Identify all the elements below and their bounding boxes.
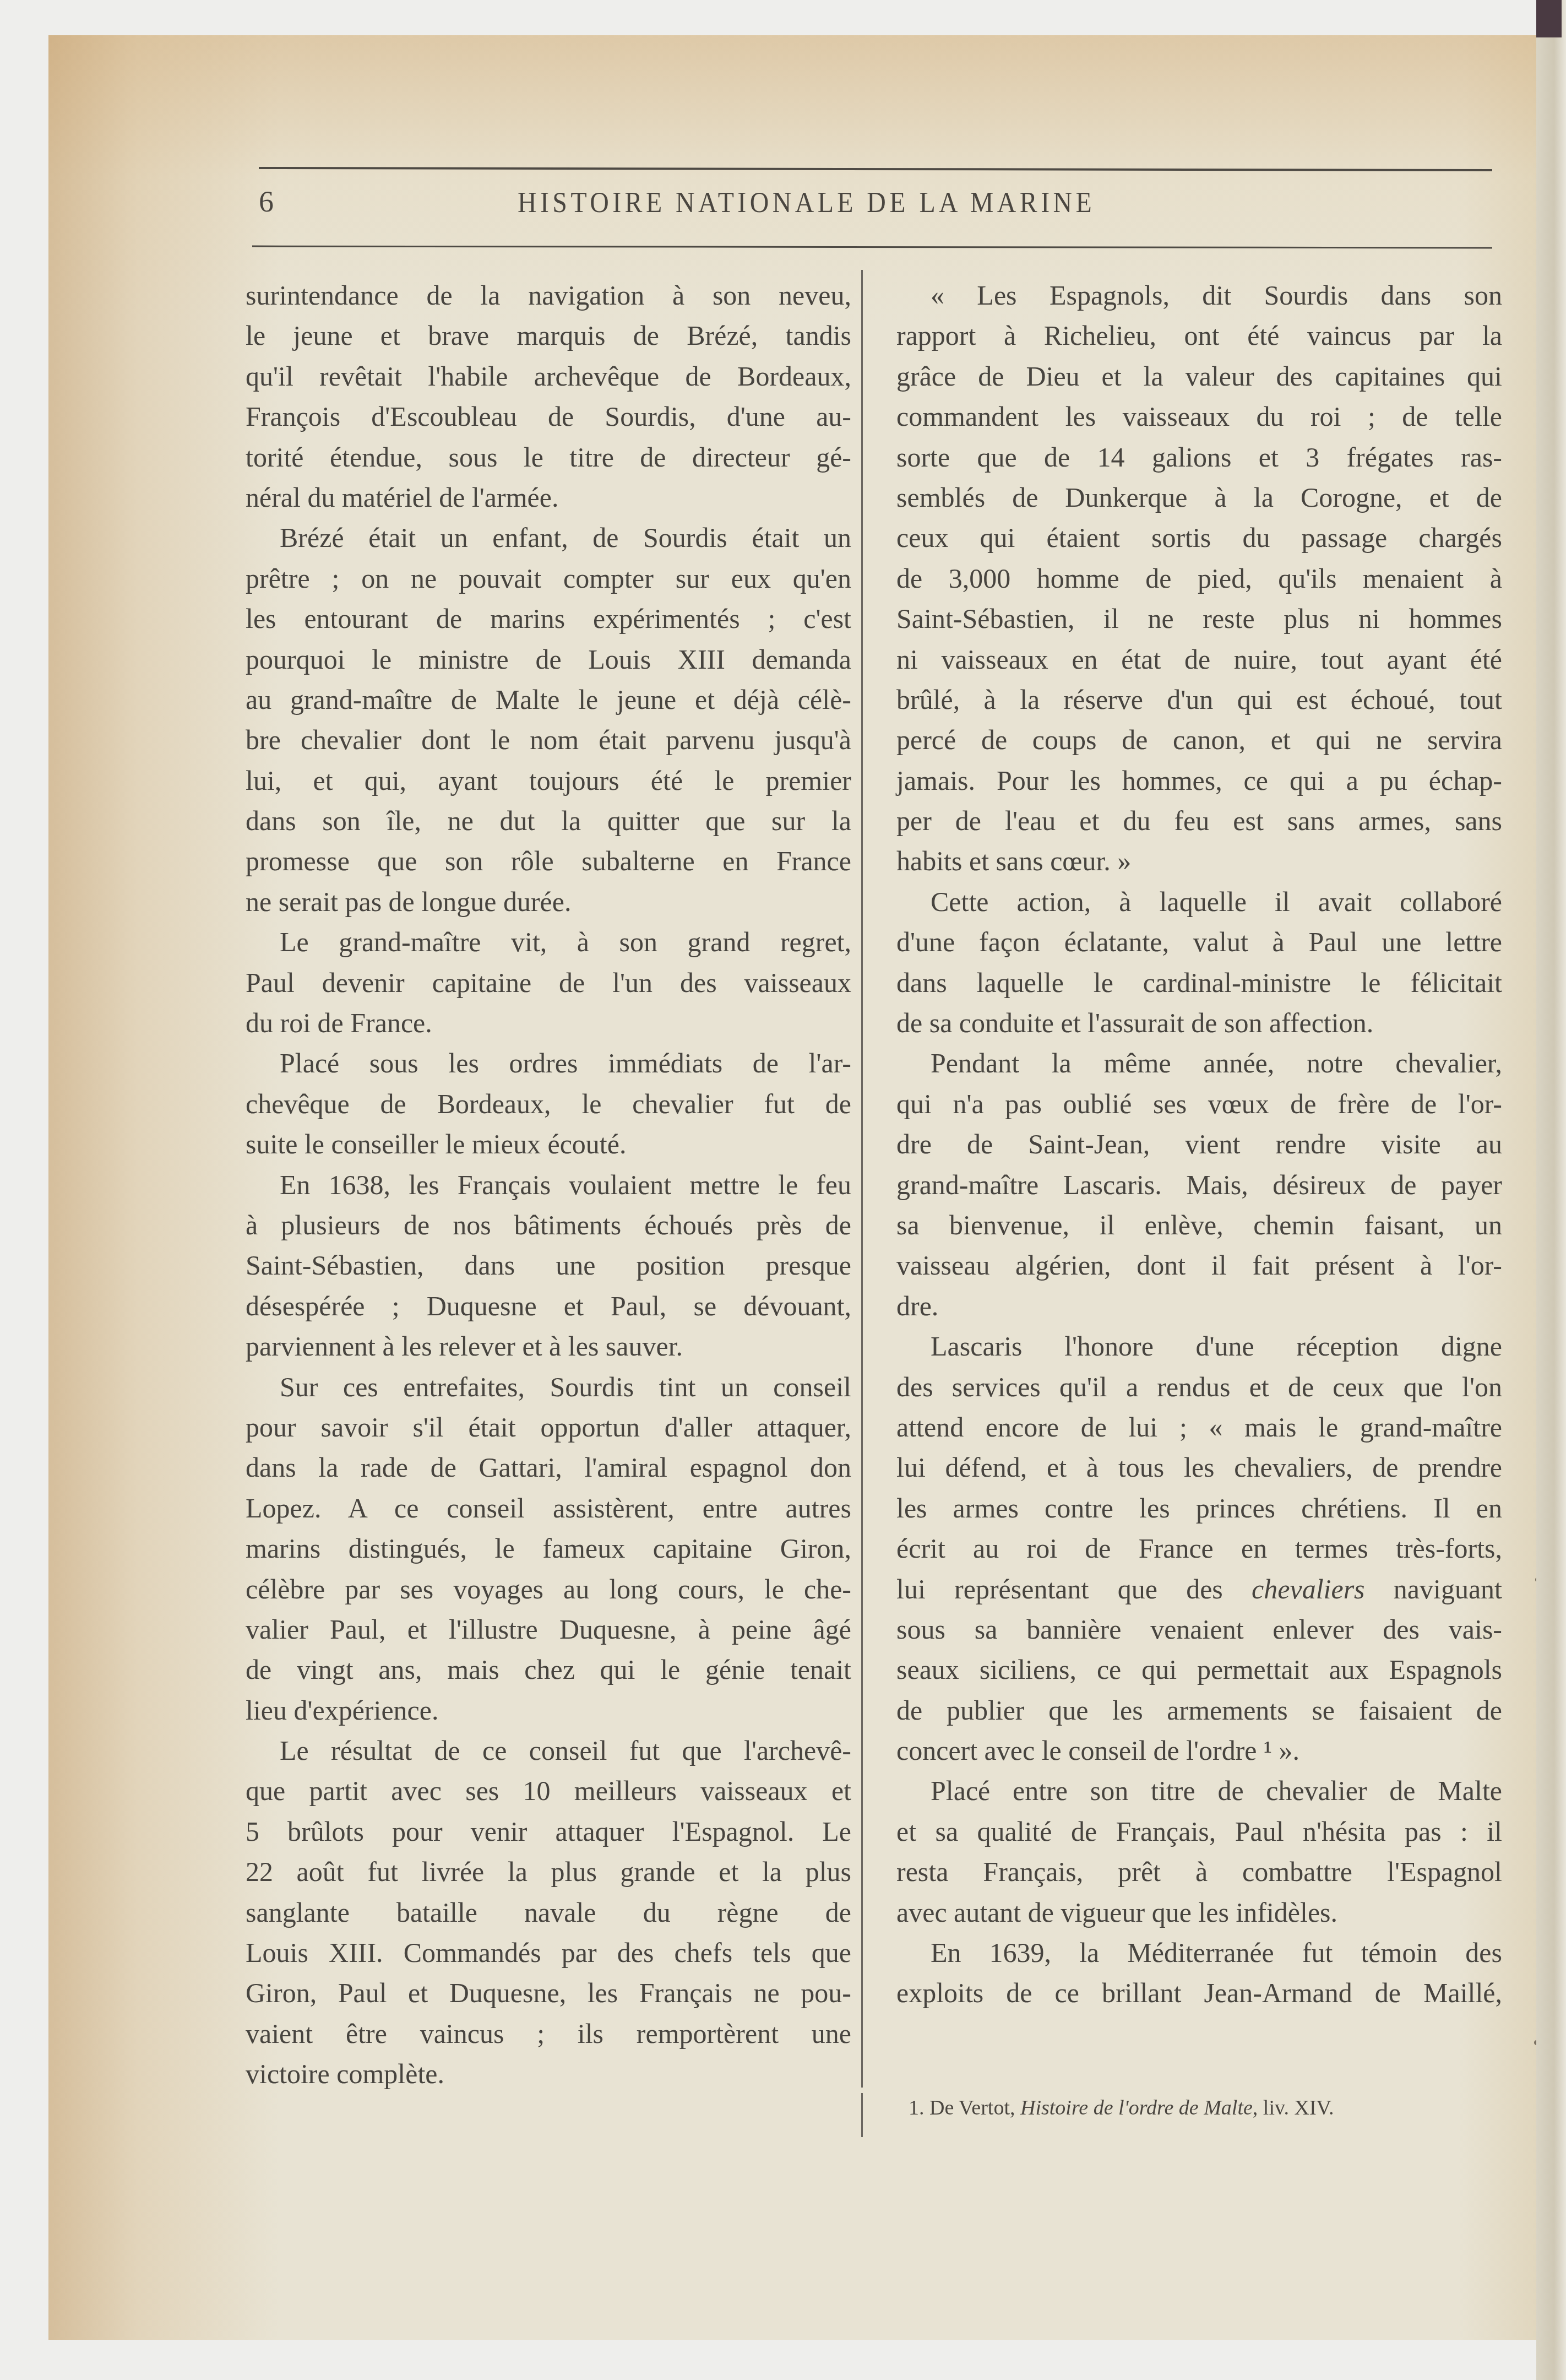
- text-line: « Les Espagnols, dit Sourdis dans son: [896, 275, 1502, 316]
- text-line: Saint-Sébastien, dans une position presq…: [246, 1245, 851, 1286]
- text-line: qu'il revêtait l'habile archevêque de Bo…: [246, 356, 851, 397]
- footnote: 1. De Vertot, Histoire de l'ordre de Mal…: [909, 2096, 1334, 2120]
- text-line: marins distingués, le fameux capitaine G…: [246, 1528, 851, 1569]
- text-line: et sa qualité de Français, Paul n'hésita…: [896, 1812, 1502, 1852]
- text-line: suite le conseiller le mieux écouté.: [246, 1124, 851, 1164]
- italic-word: chevaliers: [1252, 1574, 1364, 1604]
- text-line: parviennent à les relever et à les sauve…: [246, 1326, 851, 1367]
- left-text-column: surintendance de la navigation à son nev…: [246, 275, 851, 2095]
- column-divider-footnote: [861, 2093, 863, 2137]
- text-line: rapport à Richelieu, ont été vaincus par…: [896, 316, 1502, 356]
- footnote-reference: , liv. XIV.: [1253, 2096, 1334, 2119]
- text-line: dans la rade de Gattari, l'amiral espagn…: [246, 1447, 851, 1488]
- text-line: le jeune et brave marquis de Brézé, tand…: [246, 316, 851, 356]
- page-number: 6: [259, 185, 274, 219]
- text-line: bre chevalier dont le nom était parvenu …: [246, 720, 851, 760]
- text-line: Brézé était un enfant, de Sourdis était …: [246, 518, 851, 558]
- text-line: Sur ces entrefaites, Sourdis tint un con…: [246, 1367, 851, 1407]
- text-line: sa bienvenue, il enlève, chemin faisant,…: [896, 1205, 1502, 1245]
- text-line: au grand-maître de Malte le jeune et déj…: [246, 680, 851, 720]
- text-line: grand-maître Lascaris. Mais, désireux de…: [896, 1165, 1502, 1205]
- text-line: resta Français, prêt à combattre l'Espag…: [896, 1852, 1502, 1892]
- text-line: d'une façon éclatante, valut à Paul une …: [896, 922, 1502, 962]
- book-spine-edge: [1536, 0, 1566, 2380]
- right-text-column: « Les Espagnols, dit Sourdis dans sonrap…: [896, 275, 1502, 2014]
- text-line: ni vaisseaux en état de nuire, tout ayan…: [896, 639, 1502, 680]
- text-line: Paul devenir capitaine de l'un des vaiss…: [246, 963, 851, 1003]
- text-line: sanglante bataille navale du règne de: [246, 1893, 851, 1933]
- text-line: dans laquelle le cardinal-ministre le fé…: [896, 963, 1502, 1003]
- text-line: écrit au roi de France en termes très-fo…: [896, 1528, 1502, 1569]
- text-line: sorte que de 14 galions et 3 frégates ra…: [896, 437, 1502, 478]
- text-line: En 1638, les Français voulaient mettre l…: [246, 1165, 851, 1205]
- text-line: 5 brûlots pour venir attaquer l'Espagnol…: [246, 1812, 851, 1852]
- text-line: ne serait pas de longue durée.: [246, 882, 851, 922]
- text-line: Pendant la même année, notre chevalier,: [896, 1043, 1502, 1083]
- text-line: Lascaris l'honore d'une réception digne: [896, 1326, 1502, 1367]
- text-line: lui, et qui, ayant toujours été le premi…: [246, 761, 851, 801]
- text-line: dre.: [896, 1286, 1502, 1326]
- text-line: victoire complète.: [246, 2054, 851, 2094]
- text-line: vaient être vaincus ; ils remportèrent u…: [246, 2014, 851, 2054]
- text-line: Giron, Paul et Duquesne, les Français ne…: [246, 1973, 851, 2013]
- text-line: jamais. Pour les hommes, ce qui a pu éch…: [896, 761, 1502, 801]
- text-line: Placé sous les ordres immédiats de l'ar-: [246, 1043, 851, 1083]
- footnote-book-title: Histoire de l'ordre de Malte: [1020, 2096, 1253, 2119]
- text-line: qui n'a pas oublié ses vœux de frère de …: [896, 1084, 1502, 1124]
- text-line: attend encore de lui ; « mais le grand-m…: [896, 1407, 1502, 1447]
- running-head: 6 HISTOIRE NATIONALE DE LA MARINE: [259, 185, 1498, 229]
- text-line: avec autant de vigueur que les infidèles…: [896, 1893, 1502, 1933]
- text-line: seaux siciliens, ce qui permettait aux E…: [896, 1650, 1502, 1690]
- text-line: François d'Escoubleau de Sourdis, d'une …: [246, 397, 851, 437]
- footnote-number: 1.: [909, 2096, 925, 2119]
- text-line: torité étendue, sous le titre de directe…: [246, 437, 851, 478]
- text-line: sous sa bannière venaient enlever des va…: [896, 1609, 1502, 1650]
- text-line: 22 août fut livrée la plus grande et la …: [246, 1852, 851, 1892]
- text-line: Lopez. A ce conseil assistèrent, entre a…: [246, 1488, 851, 1528]
- text-line: de 3,000 homme de pied, qu'ils menaient …: [896, 559, 1502, 599]
- text-line: dre de Saint-Jean, vient rendre visite a…: [896, 1124, 1502, 1164]
- text-line: pour savoir s'il était opportun d'aller …: [246, 1407, 851, 1447]
- text-line: néral du matériel de l'armée.: [246, 478, 851, 518]
- text-line: désespérée ; Duquesne et Paul, se dévoua…: [246, 1286, 851, 1326]
- text-line: lieu d'expérience.: [246, 1690, 851, 1731]
- text-line: ceux qui étaient sortis du passage charg…: [896, 518, 1502, 558]
- text-line: des services qu'il a rendus et de ceux q…: [896, 1367, 1502, 1407]
- text-line: En 1639, la Méditerranée fut témoin des: [896, 1933, 1502, 1973]
- running-head-title: HISTOIRE NATIONALE DE LA MARINE: [518, 187, 1095, 219]
- text-line: vaisseau algérien, dont il fait présent …: [896, 1245, 1502, 1286]
- text-line: de sa conduite et l'assurait de son affe…: [896, 1003, 1502, 1043]
- text-line: pourquoi le ministre de Louis XIII deman…: [246, 639, 851, 680]
- text-line: per de l'eau et du feu est sans armes, s…: [896, 801, 1502, 841]
- text-line: habits et sans cœur. »: [896, 841, 1502, 881]
- text-line: lui représentant que des chevaliers navi…: [896, 1569, 1502, 1609]
- text-line: brûlé, à la réserve d'un qui est échoué,…: [896, 680, 1502, 720]
- text-line: chevêque de Bordeaux, le chevalier fut d…: [246, 1084, 851, 1124]
- text-line: semblés de Dunkerque à la Corogne, et de: [896, 478, 1502, 518]
- text-line: commandent les vaisseaux du roi ; de tel…: [896, 397, 1502, 437]
- text-line: valier Paul, et l'illustre Duquesne, à p…: [246, 1609, 851, 1650]
- text-line: Cette action, à laquelle il avait collab…: [896, 882, 1502, 922]
- text-line: concert avec le conseil de l'ordre ¹ ».: [896, 1731, 1502, 1771]
- text-line: Le résultat de ce conseil fut que l'arch…: [246, 1731, 851, 1771]
- text-line: grâce de Dieu et la valeur des capitaine…: [896, 356, 1502, 397]
- text-line: de publier que les armements se faisaien…: [896, 1690, 1502, 1731]
- text-line: lui défend, et à tous les chevaliers, de…: [896, 1447, 1502, 1488]
- text-line: Saint-Sébastien, il ne reste plus ni hom…: [896, 599, 1502, 639]
- book-spine-top: [1536, 0, 1562, 37]
- text-line: du roi de France.: [246, 1003, 851, 1043]
- footnote-author: De Vertot,: [929, 2096, 1015, 2119]
- text-line: à plusieurs de nos bâtiments échoués prè…: [246, 1205, 851, 1245]
- text-line: que partit avec ses 10 meilleurs vaissea…: [246, 1771, 851, 1811]
- text-line: les armes contre les princes chrétiens. …: [896, 1488, 1502, 1528]
- text-line: célèbre par ses voyages au long cours, l…: [246, 1569, 851, 1609]
- text-line: prêtre ; on ne pouvait compter sur eux q…: [246, 559, 851, 599]
- text-line: surintendance de la navigation à son nev…: [246, 275, 851, 316]
- text-line: exploits de ce brillant Jean-Armand de M…: [896, 1973, 1502, 2013]
- text-line: dans son île, ne dut la quitter que sur …: [246, 801, 851, 841]
- text-line: percé de coups de canon, et qui ne servi…: [896, 720, 1502, 760]
- text-line: Le grand-maître vit, à son grand regret,: [246, 922, 851, 962]
- text-line: Louis XIII. Commandés par des chefs tels…: [246, 1933, 851, 1973]
- text-line: les entourant de marins expérimentés ; c…: [246, 599, 851, 639]
- column-divider: [861, 270, 863, 2088]
- text-line: Placé entre son titre de chevalier de Ma…: [896, 1771, 1502, 1811]
- text-line: promesse que son rôle subalterne en Fran…: [246, 841, 851, 881]
- text-line: de vingt ans, mais chez qui le génie ten…: [246, 1650, 851, 1690]
